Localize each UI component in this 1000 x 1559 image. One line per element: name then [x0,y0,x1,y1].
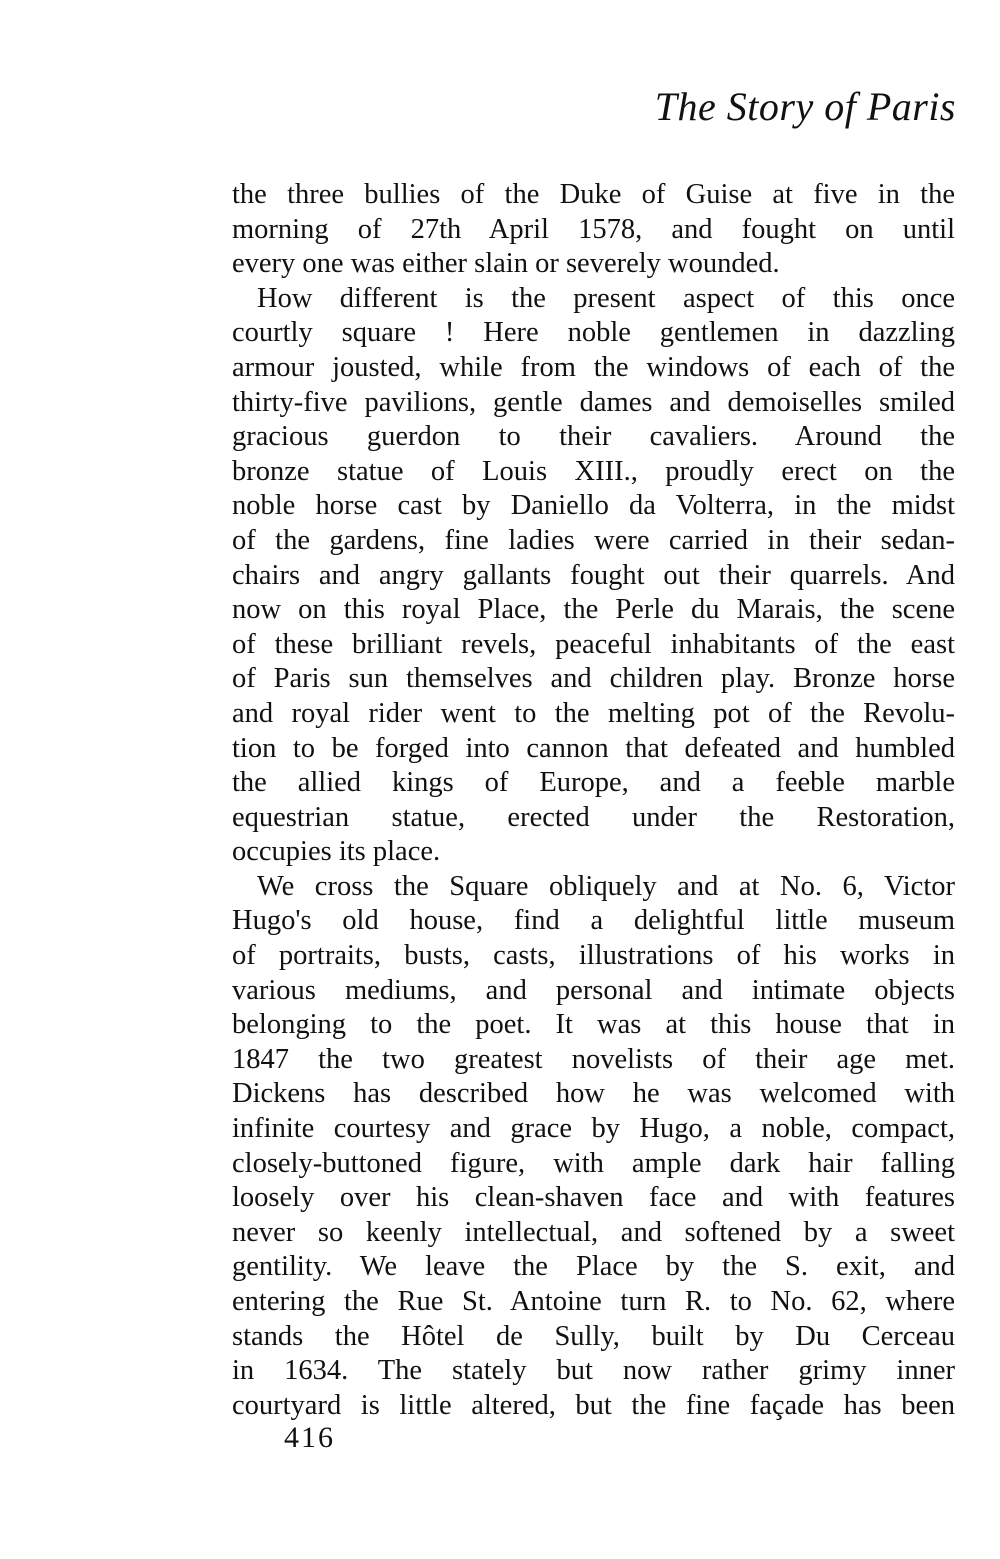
text-line: the three bullies of the Duke of Guise a… [232,178,955,213]
text-line: various mediums, and personal and intima… [232,974,955,1009]
text-line: noble horse cast by Daniello da Volterra… [232,489,955,524]
text-line: of these brilliant revels, peaceful inha… [232,628,955,663]
page-number: 416 [284,1418,335,1458]
text-line: of portraits, busts, casts, illustration… [232,939,955,974]
text-line: courtyard is little altered, but the fin… [232,1389,955,1424]
text-line: stands the Hôtel de Sully, built by Du C… [232,1320,955,1355]
text-line: closely-buttoned figure, with ample dark… [232,1147,955,1182]
text-line: the allied kings of Europe, and a feeble… [232,766,955,801]
text-line: infinite courtesy and grace by Hugo, a n… [232,1112,955,1147]
text-line: belonging to the poet. It was at this ho… [232,1008,955,1043]
text-line: thirty-five pavilions, gentle dames and … [232,386,955,421]
paragraph: We cross the Square obliquely and at No.… [232,870,955,1424]
text-line: in 1634. The stately but now rather grim… [232,1354,955,1389]
text-line: of Paris sun themselves and children pla… [232,662,955,697]
paragraph: the three bullies of the Duke of Guise a… [232,178,955,282]
text-line: never so keenly intellectual, and soften… [232,1216,955,1251]
text-line: How different is the present aspect of t… [232,282,955,317]
running-head: The Story of Paris [655,82,956,132]
text-line: armour jousted, while from the windows o… [232,351,955,386]
text-line: courtly square ! Here noble gentlemen in… [232,316,955,351]
text-line: chairs and angry gallants fought out the… [232,559,955,594]
text-line: We cross the Square obliquely and at No.… [232,870,955,905]
text-line: loosely over his clean-shaven face and w… [232,1181,955,1216]
text-line: Hugo's old house, find a delightful litt… [232,904,955,939]
text-line: bronze statue of Louis XIII., proudly er… [232,455,955,490]
text-line: every one was either slain or severely w… [232,247,955,282]
text-line: tion to be forged into cannon that defea… [232,732,955,767]
text-line: morning of 27th April 1578, and fought o… [232,213,955,248]
paragraph: How different is the present aspect of t… [232,282,955,870]
text-line: of the gardens, fine ladies were carried… [232,524,955,559]
body-text: the three bullies of the Duke of Guise a… [232,178,955,1423]
text-line: gracious guerdon to their cavaliers. Aro… [232,420,955,455]
text-line: 1847 the two greatest novelists of their… [232,1043,955,1078]
text-line: entering the Rue St. Antoine turn R. to … [232,1285,955,1320]
text-line: Dickens has described how he was welcome… [232,1077,955,1112]
text-line: and royal rider went to the melting pot … [232,697,955,732]
text-line: now on this royal Place, the Perle du Ma… [232,593,955,628]
text-line: gentility. We leave the Place by the S. … [232,1250,955,1285]
text-line: equestrian statue, erected under the Res… [232,801,955,836]
text-line: occupies its place. [232,835,955,870]
